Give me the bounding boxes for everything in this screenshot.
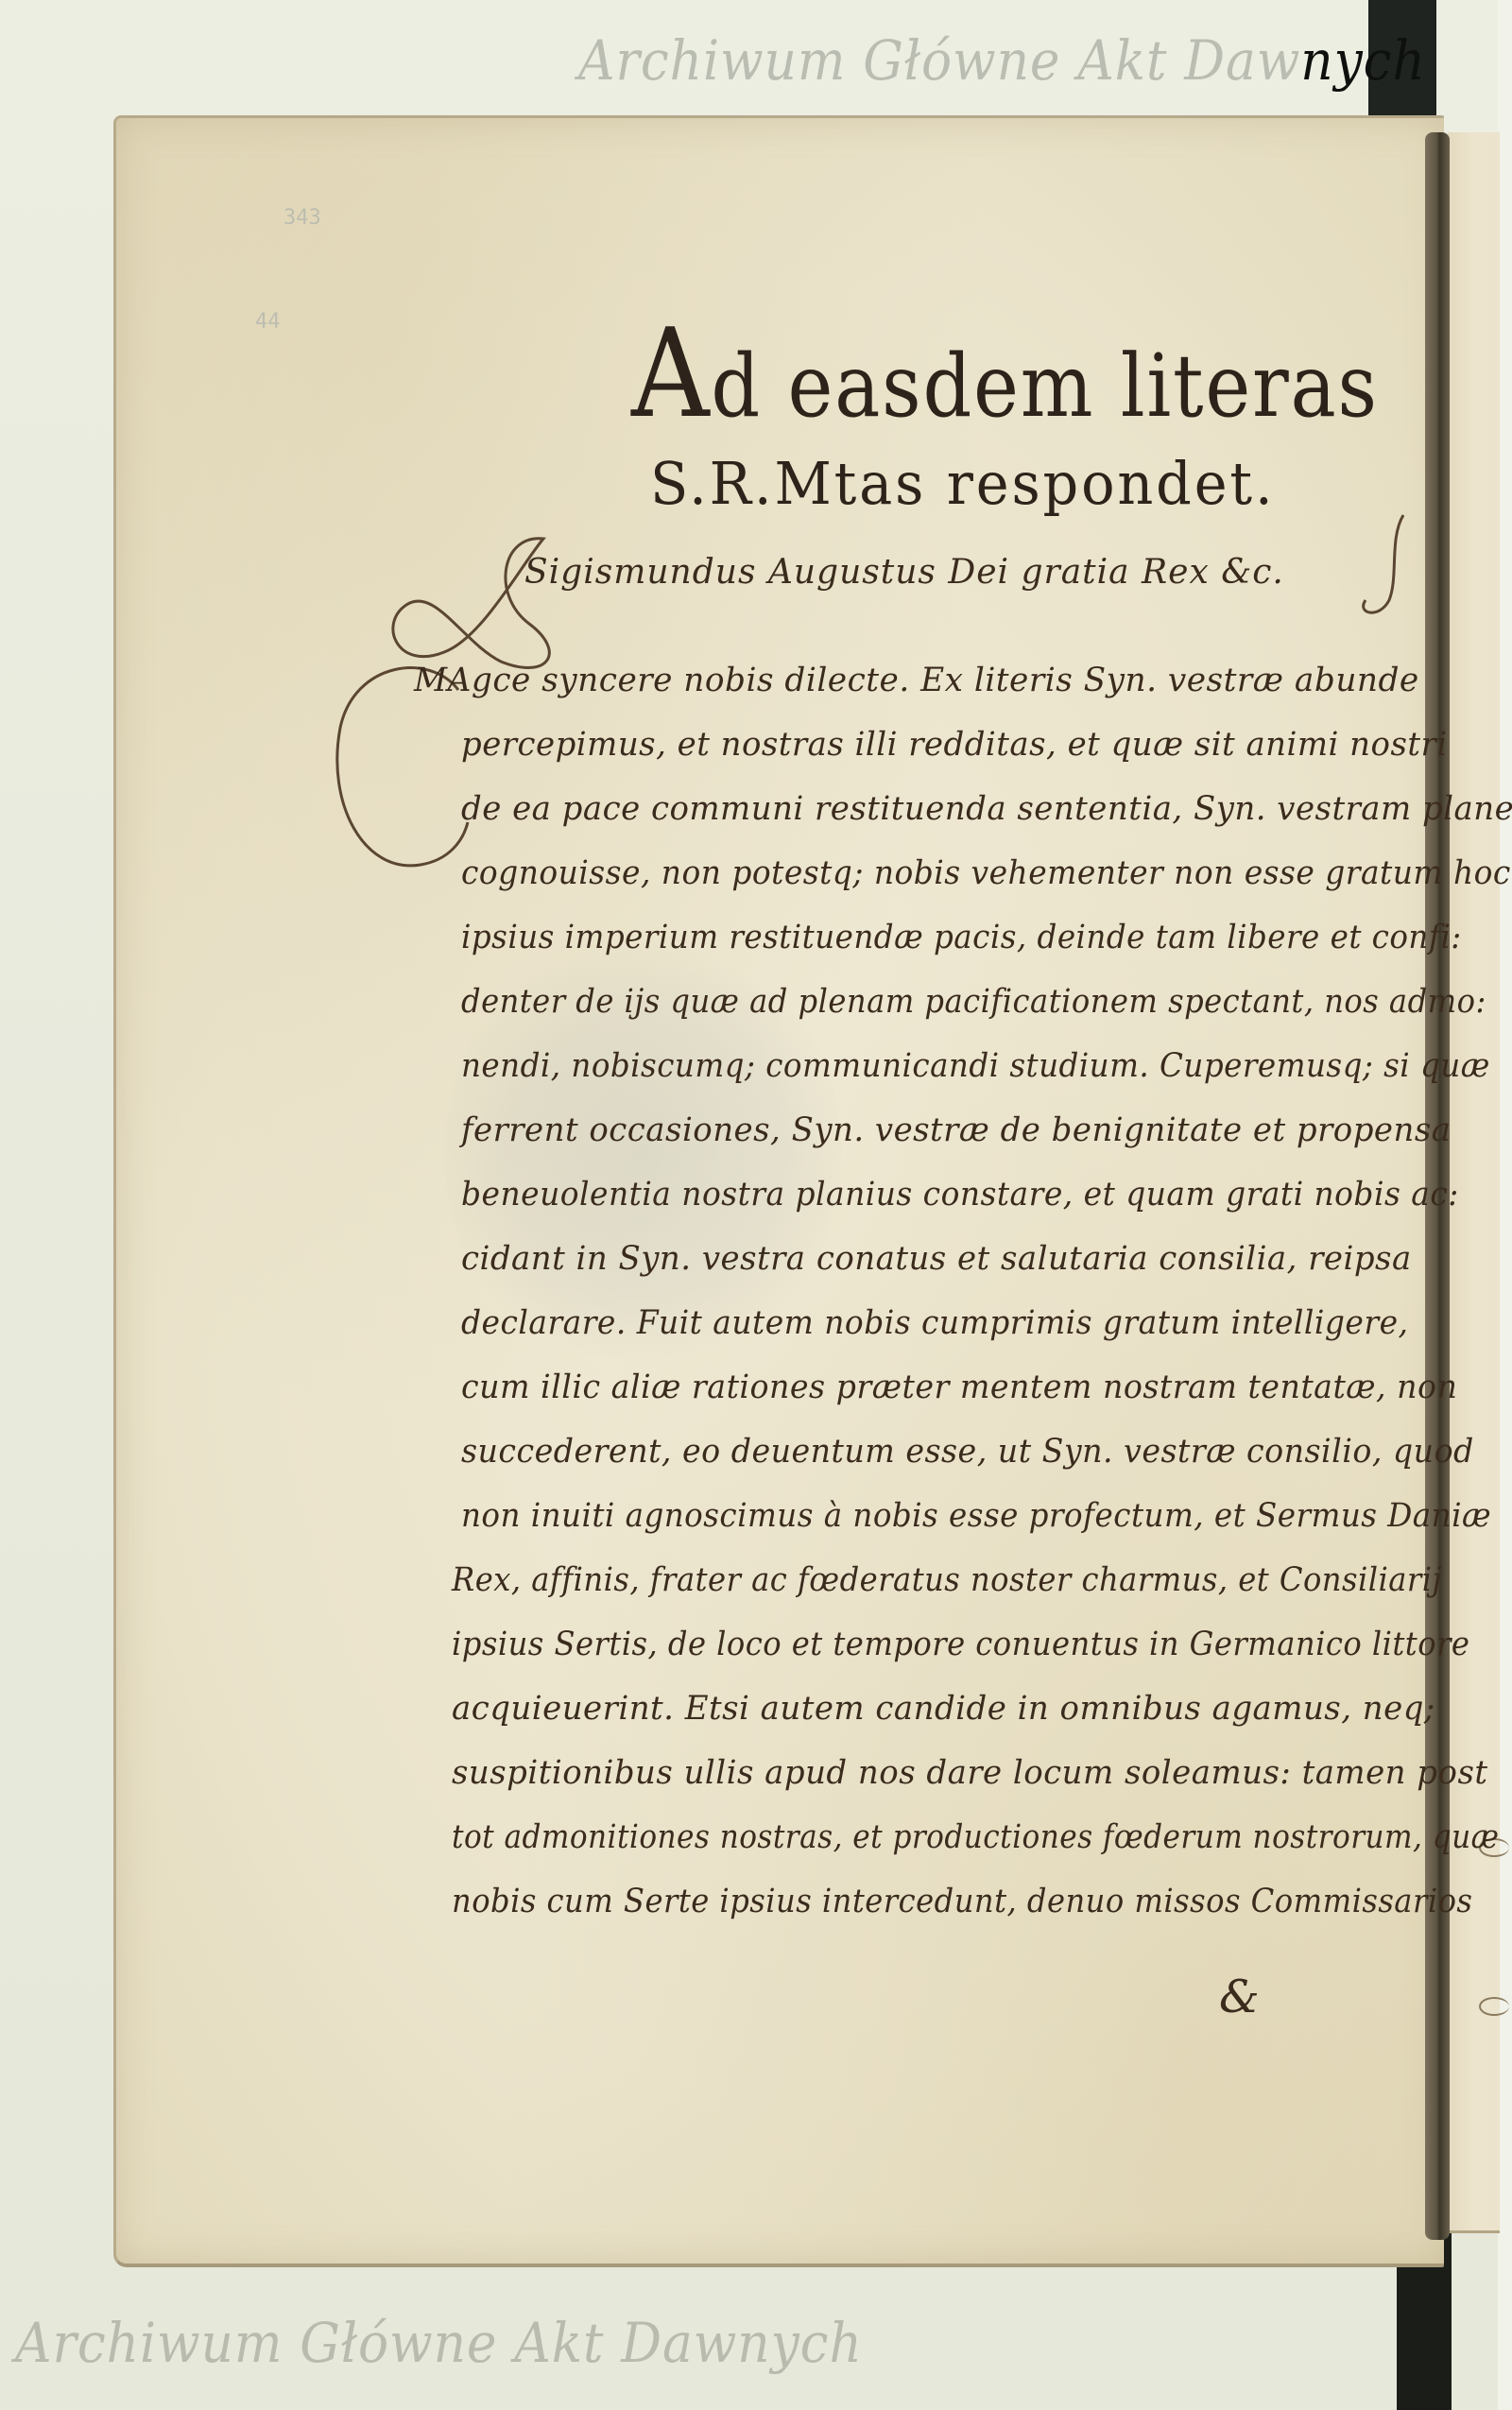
text-line: percepimus, et nostras illi redditas, et… <box>461 726 1448 764</box>
heading-line-1-text: d easdem literas <box>711 336 1378 437</box>
heading-line-2: S.R.Mtas respondet. <box>650 451 1439 517</box>
text-line: ferrent occasiones, Syn. vestræ de benig… <box>461 1111 1451 1149</box>
text-line: nendi, nobiscumq; communicandi studium. … <box>461 1047 1490 1085</box>
text-line: succederent, eo deuentum esse, ut Syn. v… <box>461 1433 1474 1471</box>
text-line: tot admonitiones nostras, et productione… <box>452 1818 1499 1856</box>
text-line: nobis cum Serte ipsius intercedunt, denu… <box>452 1883 1472 1920</box>
pencil-mark: 44 <box>255 310 281 334</box>
text-line: cidant in Syn. vestra conatus et salutar… <box>461 1240 1412 1278</box>
heading-line-1: Ad easdem literas <box>631 326 1379 434</box>
text-line: MAgce syncere nobis dilecte. Ex literis … <box>414 662 1419 699</box>
text-line: beneuolentia nostra planius constare, et… <box>461 1176 1459 1214</box>
watermark-top-light: Archiwum Główne Akt Daw <box>578 28 1300 93</box>
text-line: declarare. Fuit autem nobis cumprimis gr… <box>461 1304 1408 1342</box>
catchword: & <box>1219 1971 1260 2023</box>
text-line: non inuiti agnoscimus à nobis esse profe… <box>461 1497 1491 1535</box>
text-line: ipsius imperium restituendæ pacis, deind… <box>461 919 1462 956</box>
watermark-top: Archiwum Główne Akt Dawnych <box>578 28 1426 93</box>
watermark-bottom: Archiwum Główne Akt Dawnych <box>15 2311 863 2375</box>
text-line: cum illic aliæ rationes præter mentem no… <box>461 1369 1457 1406</box>
salutation-line: Sigismundus Augustus Dei gratia Rex &c. <box>524 553 1284 592</box>
heading-initial: A <box>631 301 711 445</box>
facing-page-ink-mark <box>1479 1997 1509 2016</box>
scan-edge <box>1498 0 1512 2410</box>
text-line: de ea pace communi restituenda sententia… <box>461 790 1512 828</box>
text-line: acquieuerint. Etsi autem candide in omni… <box>452 1690 1435 1728</box>
text-line: ipsius Sertis, de loco et tempore conuen… <box>452 1626 1469 1663</box>
pencil-folio-number: 343 <box>283 206 321 230</box>
manuscript-heading: Ad easdem literas S.R.Mtas respondet. <box>631 326 1481 517</box>
watermark-top-dark: nych <box>1300 28 1425 93</box>
text-line: cognouisse, non potestq; nobis vehemente… <box>461 854 1511 892</box>
text-line: suspitionibus ullis apud nos dare locum … <box>452 1754 1487 1792</box>
text-line: Rex, affinis, frater ac fœderatus noster… <box>452 1561 1442 1599</box>
text-line: denter de ijs quæ ad plenam pacification… <box>461 983 1486 1021</box>
